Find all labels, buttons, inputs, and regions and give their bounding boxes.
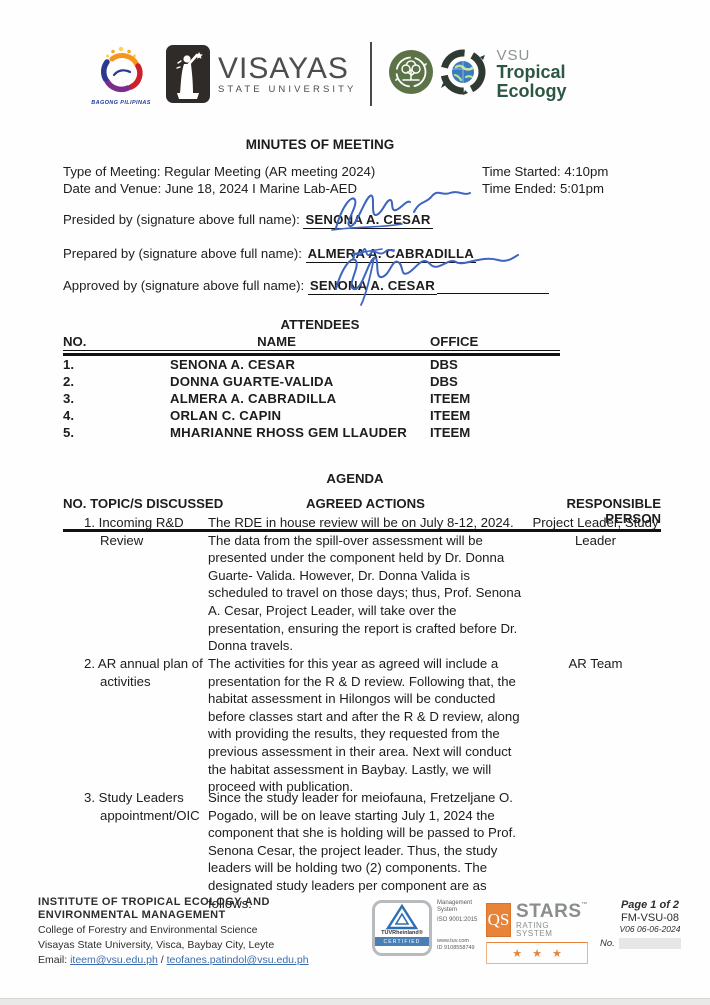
star-icon: ★	[552, 947, 562, 960]
presided-by-row: Presided by (signature above full name):…	[63, 212, 433, 227]
email-link-teofanes[interactable]: teofanes.patindol@vsu.edu.ph	[167, 954, 309, 966]
agenda-topic: 1. Incoming R&D Review	[63, 514, 208, 655]
meeting-type-line: Type of Meeting: Regular Meeting (AR mee…	[63, 163, 375, 180]
attendee-name: ORLAN C. CAPIN	[170, 407, 430, 424]
agenda-actions: The activities for this year as agreed w…	[208, 655, 530, 796]
agenda-responsible	[530, 789, 661, 912]
attendees-title: ATTENDEES	[0, 317, 640, 332]
table-row: 1. SENONA A. CESAR DBS	[63, 356, 560, 373]
globe-recycle-icon	[438, 47, 488, 102]
form-code: FM-VSU-08	[600, 912, 700, 924]
institute-name-line1: INSTITUTE OF TROPICAL ECOLOGY AND	[38, 896, 338, 909]
form-no-row: No.	[600, 938, 700, 949]
attendee-no: 1.	[63, 356, 170, 373]
email-link-iteem[interactable]: iteem@vsu.edu.ph	[70, 954, 158, 966]
footer-page-info: Page 1 of 2 FM-VSU-08 V06 06-06-2024 No.	[600, 899, 700, 949]
tuv-iso-line: ISO 9001:2015	[437, 917, 483, 924]
no-value-strip	[619, 938, 681, 949]
agenda-topic: 3. Study Leaders appointment/OIC	[63, 789, 208, 912]
email-line: Email: iteem@vsu.edu.ph / teofanes.patin…	[38, 954, 338, 967]
agenda-responsible: AR Team	[530, 655, 661, 796]
attendee-name: DONNA GUARTE-VALIDA	[170, 373, 430, 390]
agenda-actions: The RDE in house review will be on July …	[208, 514, 530, 655]
bagong-pilipinas-label: BAGONG PILIPINAS	[91, 100, 151, 106]
tuv-certified-band: CERTIFIED	[375, 937, 429, 946]
meeting-info-left: Type of Meeting: Regular Meeting (AR mee…	[63, 163, 375, 197]
attendee-no: 3.	[63, 390, 170, 407]
attendee-no: 5.	[63, 424, 170, 441]
tuv-side-text: Management System ISO 9001:2015 www.tuv.…	[437, 900, 483, 951]
time-started-line: Time Started: 4:10pm	[482, 163, 608, 180]
attendee-no: 4.	[63, 407, 170, 424]
visayas-text: VISAYAS	[218, 54, 356, 84]
meeting-date-line: Date and Venue: June 18, 2024 I Marine L…	[63, 180, 375, 197]
attendees-header-row: NO. NAME OFFICE	[63, 334, 560, 351]
time-ended-line: Time Ended: 5:01pm	[482, 180, 608, 197]
star-icon: ★	[512, 947, 522, 960]
college-line: College of Forestry and Environmental Sc…	[38, 924, 338, 937]
presided-by-label: Presided by (signature above full name):	[63, 212, 303, 227]
meeting-info-right: Time Started: 4:10pm Time Ended: 5:01pm	[482, 163, 608, 197]
attendees-header-office: OFFICE	[430, 334, 560, 349]
prepared-by-row: Prepared by (signature above full name):…	[63, 246, 476, 261]
state-university-text: STATE UNIVERSITY	[218, 85, 356, 95]
agenda-actions: Since the study leader for meiofauna, Fr…	[208, 789, 530, 912]
approved-by-name: SENONA A. CESAR	[308, 278, 437, 295]
tuv-id-line: ID 9108558749	[437, 945, 483, 952]
header-logos: BAGONG PILIPINAS VISAYAS STATE UNIVERSIT…	[86, 38, 566, 110]
star-icon: ★	[532, 947, 542, 960]
prepared-by-label: Prepared by (signature above full name):	[63, 246, 306, 261]
no-label: No.	[600, 938, 615, 949]
brand-ecology-text: Ecology	[496, 82, 566, 100]
attendees-table: NO. NAME OFFICE 1. SENONA A. CESAR DBS 2…	[63, 334, 560, 441]
attendee-no: 2.	[63, 373, 170, 390]
tree-circle-icon	[388, 49, 434, 100]
attendee-office: ITEEM	[430, 390, 560, 407]
approved-by-label: Approved by (signature above full name):	[63, 278, 308, 293]
attendee-name: ALMERA A. CABRADILLA	[170, 390, 430, 407]
document-page: BAGONG PILIPINAS VISAYAS STATE UNIVERSIT…	[0, 0, 710, 1005]
qs-star-rating: ★ ★ ★	[486, 942, 588, 964]
agenda-responsible: Project Leader, Study Leader	[530, 514, 661, 655]
brand-vsu-text: VSU	[496, 48, 566, 63]
page-title: MINUTES OF MEETING	[0, 137, 640, 152]
prepared-by-name: ALMERA A. CABRADILLA	[306, 246, 476, 263]
institute-name-line2: ENVIRONMENTAL MANAGEMENT	[38, 909, 338, 922]
bagong-pilipinas-sun-icon	[94, 42, 148, 99]
approved-by-row: Approved by (signature above full name):…	[63, 278, 549, 294]
attendees-header-name: NAME	[123, 334, 430, 349]
header-divider	[370, 42, 372, 106]
qs-stars-block: QS STARS™ RATING SYSTEM ★ ★ ★	[486, 902, 588, 964]
footer-institute-block: INSTITUTE OF TROPICAL ECOLOGY AND ENVIRO…	[38, 896, 338, 967]
attendee-office: ITEEM	[430, 424, 560, 441]
brand-tropical-text: Tropical	[496, 63, 566, 81]
scan-bottom-edge	[0, 998, 710, 1005]
tuv-mgmt-line: Management System	[437, 900, 483, 914]
table-row: 4. ORLAN C. CAPIN ITEEM	[63, 407, 560, 424]
form-version: V06 06-06-2024	[600, 924, 700, 934]
attendee-office: DBS	[430, 373, 560, 390]
qs-stars-text: STARS™	[516, 902, 588, 921]
visayas-wordmark: VISAYAS STATE UNIVERSITY	[218, 54, 356, 95]
table-row: 5. MHARIANNE RHOSS GEM LLAUDER ITEEM	[63, 424, 560, 441]
vsu-seal-icon	[166, 45, 210, 103]
bagong-pilipinas-logo: BAGONG PILIPINAS	[86, 42, 156, 106]
agenda-title: AGENDA	[0, 471, 710, 486]
attendee-name: MHARIANNE RHOSS GEM LLAUDER	[170, 424, 430, 441]
email-separator: /	[158, 954, 167, 966]
table-row: 2. DONNA GUARTE-VALIDA DBS	[63, 373, 560, 390]
page-number: Page 1 of 2	[600, 899, 700, 911]
agenda-topic: 2. AR annual plan of activities	[63, 655, 208, 796]
tuv-certification-block: TÜVRheinland® CERTIFIED Management Syste…	[372, 900, 483, 956]
presided-by-name: SENONA A. CESAR	[303, 212, 432, 229]
tuv-brand-text: TÜVRheinland®	[381, 930, 423, 936]
email-label: Email:	[38, 954, 70, 966]
agenda-row: 3. Study Leaders appointment/OIC Since t…	[63, 789, 661, 912]
agenda-row: 1. Incoming R&D Review The RDE in house …	[63, 514, 661, 655]
attendees-header-no: NO.	[63, 334, 123, 349]
qs-rating-text: RATING SYSTEM	[516, 922, 588, 938]
qs-logo-icon: QS	[486, 903, 511, 937]
approved-by-extra-line	[437, 279, 549, 294]
address-line: Visayas State University, Visca, Baybay …	[38, 939, 338, 952]
tuv-rheinland-badge-icon: TÜVRheinland® CERTIFIED	[372, 900, 432, 956]
attendee-office: ITEEM	[430, 407, 560, 424]
qs-trademark: ™	[582, 902, 589, 908]
attendee-name: SENONA A. CESAR	[170, 356, 430, 373]
attendee-office: DBS	[430, 356, 560, 373]
table-row: 3. ALMERA A. CABRADILLA ITEEM	[63, 390, 560, 407]
agenda-row: 2. AR annual plan of activities The acti…	[63, 655, 661, 796]
tropical-ecology-wordmark: VSU Tropical Ecology	[496, 48, 566, 100]
